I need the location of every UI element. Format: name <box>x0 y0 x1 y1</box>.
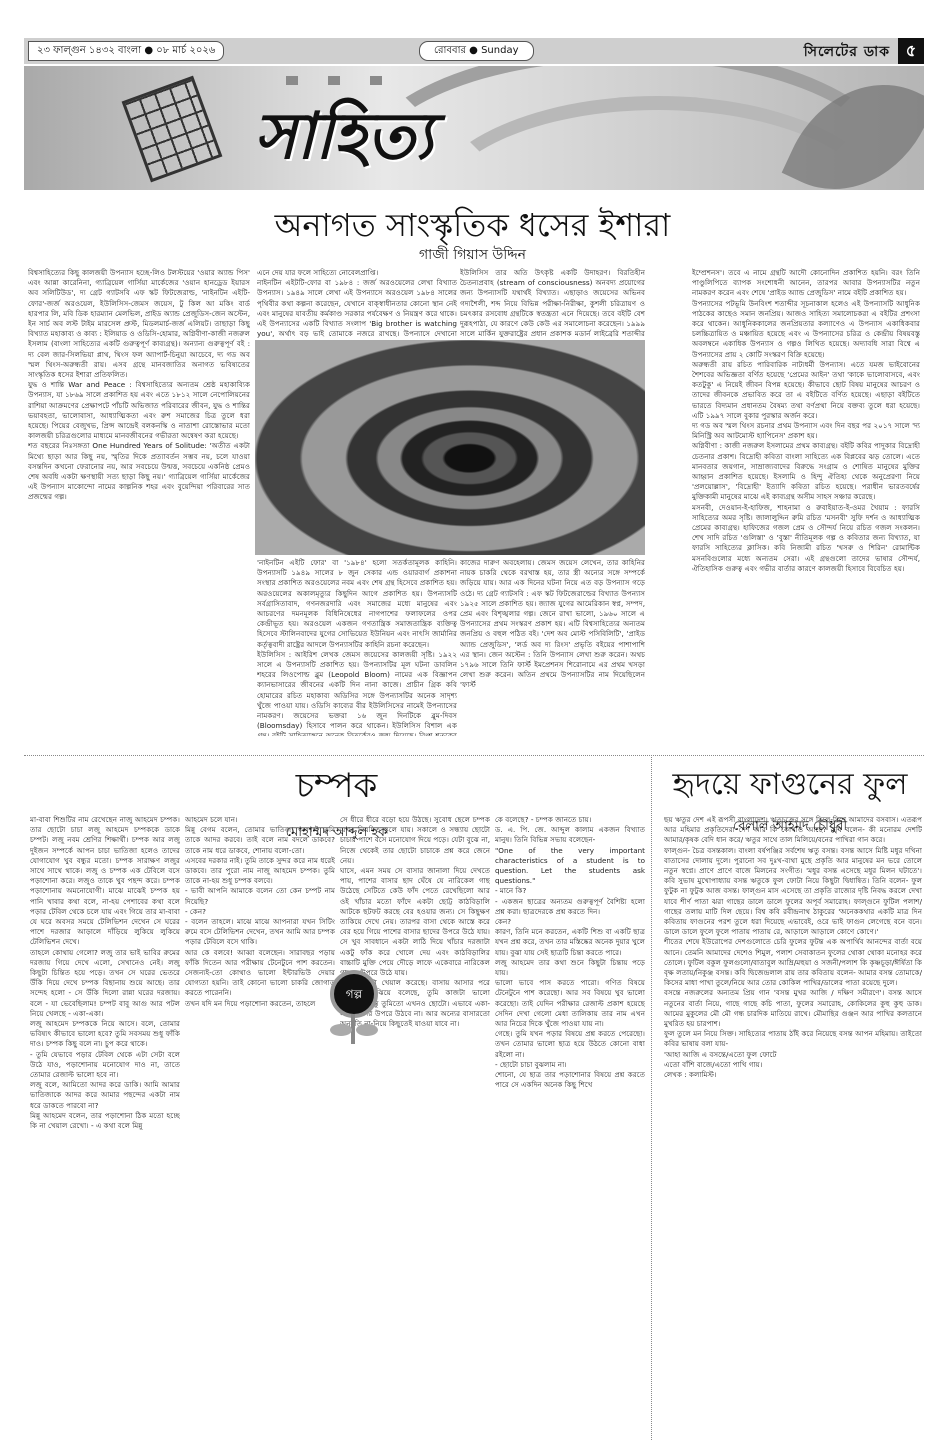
paragraph: ইম্প্রেশনস'। তবে এ নামে গ্রন্থটি আদৌ কোন… <box>692 268 920 299</box>
paragraph: - কেন? <box>185 907 335 917</box>
paragraph: নাইনটিন এইটটি-ফোর বা ১৯৮৪ : জর্জ অরওয়েল… <box>257 278 457 338</box>
square-decoration <box>370 76 382 85</box>
flower-leaf-icon <box>330 1024 352 1036</box>
paragraph: - তুমি যেভাবে পড়ার টেবিল থেকে এটা সেটা … <box>30 1050 180 1081</box>
essay-body: ছয় ঋতুর দেশ এই রূপসী বাংলাদেশ। ঋতুচক্রে… <box>664 815 922 1375</box>
paragraph: ড. এ. পি. জে. আব্দুল কালাম একজন বিখ্যাত … <box>495 825 645 845</box>
paragraph: মিন্নু আহমেদ বলেন, তার পড়াশোনা ঠিক মতো … <box>30 1111 180 1131</box>
paragraph: গেছে। তুমি যখন পড়ার বিষয়ে প্রশ্ন করতে … <box>495 1029 645 1060</box>
square-decoration <box>286 76 298 85</box>
paragraph: "One of the very important characteristi… <box>495 846 645 887</box>
folio-date: ২৩ ফাল্গুন ১৪৩২ বাংলা ● ০৮ মার্চ ২০২৬ <box>28 41 224 61</box>
paragraph: এনে দেয় যার ফলে সাহিত্যে নোবেলপ্রাপ্তি। <box>257 268 457 278</box>
paragraph: অরুন্ধতী রায় রচিত পারিবারিক নাট্যধর্মী … <box>692 360 920 421</box>
section-divider <box>24 755 924 756</box>
paragraph: 'নাইনটিন এইটি ফোর' বা '১৯৮৪' হলো সতর্কতা… <box>257 558 457 650</box>
paragraph: মসনবী, দেওয়ান-ই-হাফিজ, শাহনামা ও রুবাইয… <box>692 503 920 574</box>
paragraph: 'আহা আজি এ বসন্তে/এতো ফুল ফোটে <box>664 1050 922 1060</box>
kite-illustration-icon <box>122 76 223 183</box>
story-column-4: কে বলেছে? - চম্পক জানতে চায়। ড. এ. পি. … <box>495 815 645 1435</box>
main-article-column-3-top: ইউলিসিস তার অতি উৎকৃষ্ট একটি উদাহরণ। বির… <box>460 268 645 338</box>
paragraph: - একজন ছাত্রের অন্যতম গুরুত্বপূর্ণ বৈশিষ… <box>495 897 645 917</box>
paragraph: কারণ, তিনি মনে করতেন, একটি শিশু বা একটি … <box>495 927 645 958</box>
paragraph: বিশ্বসাহিত্যের কিছু কালজয়ী উপন্যাস হচ্ছ… <box>28 268 250 380</box>
paragraph: ছয় ঋতুর দেশ এই রূপসী বাংলাদেশ। ঋতুচক্রে… <box>664 815 922 846</box>
paragraph: - ভাবী আপনি আমাকে বলেন তো কেন চম্পট নাম … <box>185 886 335 906</box>
paragraph: এতো বাঁশি বাজে/এতো পাখি গায়। <box>664 1060 922 1070</box>
article-illustration-image <box>255 340 645 555</box>
paragraph: ইউলিসিস তার অতি উৎকৃষ্ট একটি উদাহরণ। বির… <box>460 268 645 338</box>
story-genre-badge: গল্প <box>330 970 378 1018</box>
paragraph: তাহলে কোথায় গেলো? লজু তার ভাই ভাবির রুম… <box>30 948 180 1019</box>
paragraph: কাজের দারুণ অবহেলায়। জেমস জয়েস লেখেন, … <box>460 558 645 691</box>
paragraph: - ছোটো চাচা বুঝলাম না। <box>495 1060 645 1070</box>
essay-headline: হৃদয়ে ফাগুনের ফুল <box>655 760 925 811</box>
paragraph: মিন্নু বেগম বলেন, তোমার ভাতিজা অবশ্যই তু… <box>185 825 335 856</box>
section-banner: সাহিত্য <box>24 66 924 190</box>
story-column-3: সে ধীরে ধীরে বড়ো হয়ে উঠছে। সুবোধ ছেলে … <box>340 815 490 1435</box>
paragraph: দ্য গড অব স্মল থিংস রচনার প্রথম উপন্যাস … <box>692 421 920 441</box>
paragraph: এসবের দরকার নাই। তুমি তাকে সুন্দর করে না… <box>185 856 335 887</box>
story-column-1: মা-বাবা শিশুটির নাম রেখেছেন নাজু আহমেদ চ… <box>30 815 180 1435</box>
paragraph: ইউলিসিস : আইরিশ লেখক জেমস জয়েসের কালজয়… <box>257 650 457 736</box>
paragraph: শোনো, যে ছাত্র তার পড়াশোনার বিষয়ে প্রশ… <box>495 1070 645 1090</box>
paragraph: যুদ্ধ ও শান্তি War and Peace : বিশ্বসাহি… <box>28 380 250 441</box>
main-byline: গাজী গিয়াস উদ্দিন <box>0 243 945 267</box>
flower-leaf-icon <box>356 1024 378 1036</box>
paragraph: উপন্যাসের পটভূমি উনবিংশ শতাব্দীর সূচনাকা… <box>692 299 920 360</box>
page-number: ৫ <box>898 38 924 64</box>
paragraph: কে বলেছে? - চম্পক জানতে চায়। <box>495 815 645 825</box>
main-article-column-2-bottom: 'নাইনটিন এইটি ফোর' বা '১৯৮৪' হলো সতর্কতা… <box>257 558 457 736</box>
paragraph: ফুল তুলে মন নিয়ে সিক্ত। সাহিত্যের পাতায… <box>664 1029 922 1049</box>
paragraph: কেন? <box>495 917 645 927</box>
paragraph: ভালো ভাবে পাস করতে পারো। গণিত বিষয়ে টেন… <box>495 978 645 1029</box>
paragraph: ফাল্গুন- চৈত্র বসন্তকাল। বাংলা বর্ষপঞ্জি… <box>664 846 922 938</box>
column-divider <box>651 757 652 1440</box>
main-article-column-1: বিশ্বসাহিত্যের কিছু কালজয়ী উপন্যাস হচ্ছ… <box>28 268 250 736</box>
paragraph: লজু আহমেদ চম্পককে নিয়ে আসে। বলে, তোমার … <box>30 1019 180 1050</box>
story-column-2: আহমেদ চলে যান। মিন্নু বেগম বলেন, তোমার ভ… <box>185 815 335 1435</box>
paragraph: অগ্নিবীণা : কাজী নজরুল ইসলামের প্রথম কাব… <box>692 441 920 502</box>
main-article-column-2-top: এনে দেয় যার ফলে সাহিত্যে নোবেলপ্রাপ্তি।… <box>257 268 457 338</box>
paragraph: সে ধীরে ধীরে বড়ো হয়ে উঠছে। সুবোধ ছেলে … <box>340 815 490 866</box>
section-title: সাহিত্য <box>254 88 433 190</box>
main-article-column-4: ইম্প্রেশনস'। তবে এ নামে গ্রন্থটি আদৌ কোন… <box>692 268 920 736</box>
paragraph: ঘাসে, এমন সময় সে বাসার জানালা দিয়ে দেখ… <box>340 866 490 978</box>
main-article-column-3-bottom: কাজের দারুণ অবহেলায়। জেমস জয়েস লেখেন, … <box>460 558 645 736</box>
paragraph: শত বছরের নিঃসঙ্গতা One Hundred Years of … <box>28 441 250 502</box>
page-folio: ২৩ ফাল্গুন ১৪৩২ বাংলা ● ০৮ মার্চ ২০২৬ রো… <box>24 38 924 64</box>
paragraph: লেখক : কলামিস্ট। <box>664 1070 922 1080</box>
paragraph: - বলেন তাহলে। মাঝে মাঝে আপনারা যখন সিটিং… <box>185 917 335 948</box>
masthead-logo: সিলেটের ডাক <box>804 40 890 64</box>
paragraph: লজু বলে, আমিতো আদর করে ডাকি। আমি আমার ভা… <box>30 1080 180 1111</box>
square-decoration <box>328 76 340 85</box>
paragraph: লজু আহমেদ তার কথা শুনে কিছুটা চিন্তায় প… <box>495 958 645 978</box>
paragraph: আহমেদ চলে যান। <box>185 815 335 825</box>
folio-day: রোববার ● Sunday <box>419 41 534 61</box>
story-headline: চম্পক <box>24 760 649 817</box>
paragraph: বসন্তে নজরুলের অন্যতম প্রিয় গান 'বসন্ত … <box>664 988 922 1029</box>
paragraph: তখন যদি মন দিয়ে পড়াশোনা করতেন, তাহলে <box>185 999 335 1009</box>
paragraph: - মানে কি? <box>495 886 645 896</box>
paragraph: আর কে বলবে! আব্বা বলেছেন। সারাবছর পড়ায়… <box>185 948 335 999</box>
paragraph: মা-বাবা শিশুটির নাম রেখেছেন নাজু আহমেদ চ… <box>30 815 180 948</box>
paragraph: শীতের শেষে ইউরোপের দেশগুলোতে চেরি ফুলের … <box>664 937 922 988</box>
